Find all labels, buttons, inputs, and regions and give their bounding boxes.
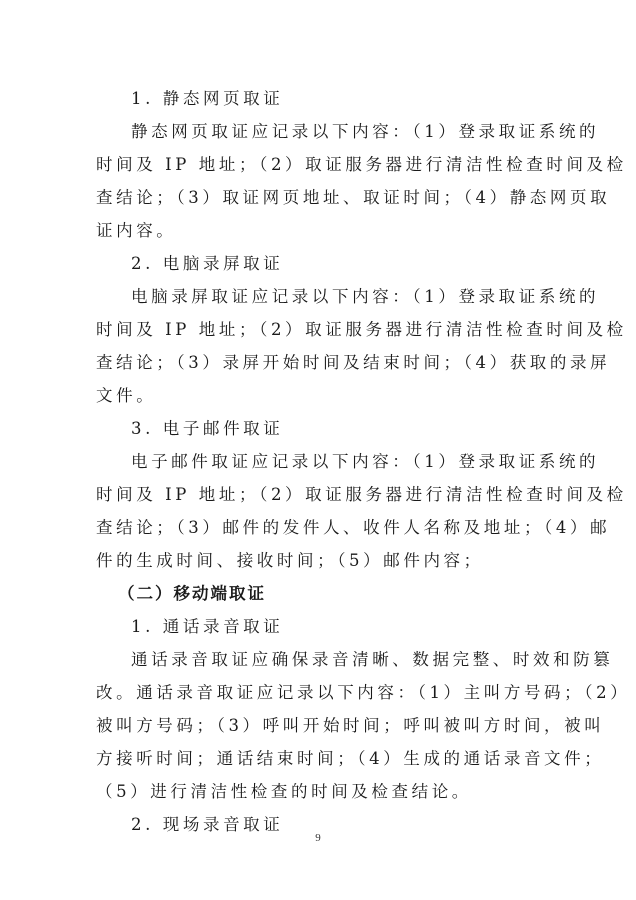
- paragraph-line: 查结论；（3）取证网页地址、取证时间；（4）静态网页取: [96, 181, 542, 214]
- section-title: 3. 电子邮件取证: [96, 412, 542, 445]
- paragraph-line: 时间及 IP 地址；（2）取证服务器进行清洁性检查时间及检: [96, 478, 542, 511]
- section-title: 1. 静态网页取证: [96, 82, 542, 115]
- section-title: 1. 通话录音取证: [96, 610, 542, 643]
- paragraph-line: 文件。: [96, 379, 542, 412]
- paragraph-line: 件的生成时间、接收时间；（5）邮件内容；: [96, 544, 542, 577]
- paragraph-line: 方接听时间；通话结束时间；（4）生成的通话录音文件；: [96, 742, 542, 775]
- paragraph-line: 证内容。: [96, 214, 542, 247]
- paragraph-line: 通话录音取证应确保录音清晰、数据完整、时效和防篡: [96, 643, 542, 676]
- paragraph-line: 被叫方号码；（3）呼叫开始时间；呼叫被叫方时间，被叫: [96, 709, 542, 742]
- paragraph-line: 查结论；（3）邮件的发件人、收件人名称及地址；（4）邮: [96, 511, 542, 544]
- paragraph-line: （5）进行清洁性检查的时间及检查结论。: [96, 775, 542, 808]
- section-title: 2. 电脑录屏取证: [96, 247, 542, 280]
- paragraph-line: 时间及 IP 地址；（2）取证服务器进行清洁性检查时间及检: [96, 313, 542, 346]
- page-content: 1. 静态网页取证 静态网页取证应记录以下内容：（1）登录取证系统的 时间及 I…: [96, 82, 542, 841]
- subheading: （二）移动端取证: [96, 577, 542, 610]
- page-number: 9: [0, 832, 636, 844]
- paragraph-line: 查结论；（3）录屏开始时间及结束时间；（4）获取的录屏: [96, 346, 542, 379]
- paragraph-line: 电脑录屏取证应记录以下内容：（1）登录取证系统的: [96, 280, 542, 313]
- paragraph-line: 静态网页取证应记录以下内容：（1）登录取证系统的: [96, 115, 542, 148]
- document-page: 1. 静态网页取证 静态网页取证应记录以下内容：（1）登录取证系统的 时间及 I…: [0, 0, 636, 900]
- paragraph-line: 时间及 IP 地址；（2）取证服务器进行清洁性检查时间及检: [96, 148, 542, 181]
- paragraph-line: 改。通话录音取证应记录以下内容：（1）主叫方号码；（2）: [96, 676, 542, 709]
- paragraph-line: 电子邮件取证应记录以下内容：（1）登录取证系统的: [96, 445, 542, 478]
